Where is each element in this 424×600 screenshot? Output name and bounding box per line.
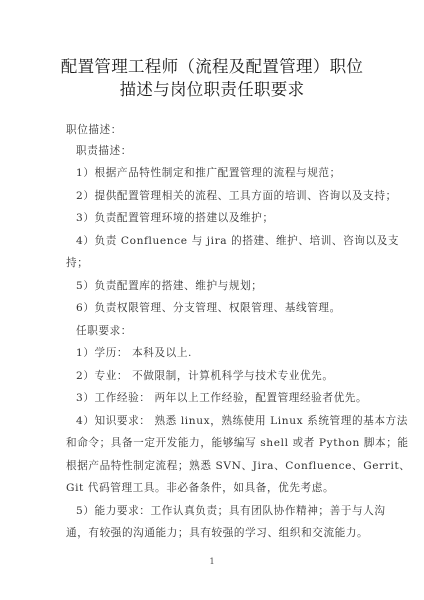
responsibility-item: 5）负责配置库的搭建、维护与规划； — [76, 279, 376, 293]
requirement-item: 5）能力要求：工作认真负责；具有团队协作精神；善于与人沟 — [76, 504, 376, 518]
requirement-item: 2）专业： 不做限制，计算机科学与技术专业优先。 — [76, 369, 376, 383]
requirement-item-continuation: 和命令；具备一定开发能力，能够编写 shell 或者 Python 脚本；能 — [66, 436, 366, 450]
responsibility-item-continuation: 持； — [66, 256, 366, 270]
document-title-line-2: 描述与岗位职责任职要求 — [0, 79, 424, 101]
responsibility-item: 1）根据产品特性制定和推广配置管理的流程与规范； — [76, 166, 376, 180]
requirement-item: 3）工作经验： 两年以上工作经验，配置管理经验者优先。 — [76, 391, 376, 405]
requirement-item-continuation: 根据产品特性制定流程；熟悉 SVN、Jira、Confluence、Gerrit… — [66, 459, 366, 473]
job-description-heading: 职位描述： — [66, 123, 366, 137]
requirement-item-continuation: 通，有较强的沟通能力；具有较强的学习、组织和交流能力。 — [66, 526, 366, 540]
requirement-item: 1）学历： 本科及以上. — [76, 346, 376, 360]
requirement-item: 4）知识要求： 熟悉 linux，熟练使用 Linux 系统管理的基本方法 — [76, 414, 376, 428]
responsibility-item: 3）负责配置管理环境的搭建以及维护； — [76, 211, 376, 225]
requirement-item-continuation: Git 代码管理工具。非必备条件，如具备，优先考虑。 — [66, 481, 366, 495]
responsibility-item: 2）提供配置管理相关的流程、工具方面的培训、咨询以及支持； — [76, 189, 376, 203]
responsibility-item: 6）负责权限管理、分支管理、权限管理、基线管理。 — [76, 301, 376, 315]
document-title-line-1: 配置管理工程师（流程及配置管理）职位 — [0, 56, 424, 78]
requirements-heading: 任职要求： — [76, 324, 376, 338]
responsibility-item: 4）负责 Confluence 与 jira 的搭建、维护、培训、咨询以及支 — [76, 234, 376, 248]
responsibilities-heading: 职责描述： — [76, 144, 376, 158]
page-number: 1 — [0, 557, 424, 566]
